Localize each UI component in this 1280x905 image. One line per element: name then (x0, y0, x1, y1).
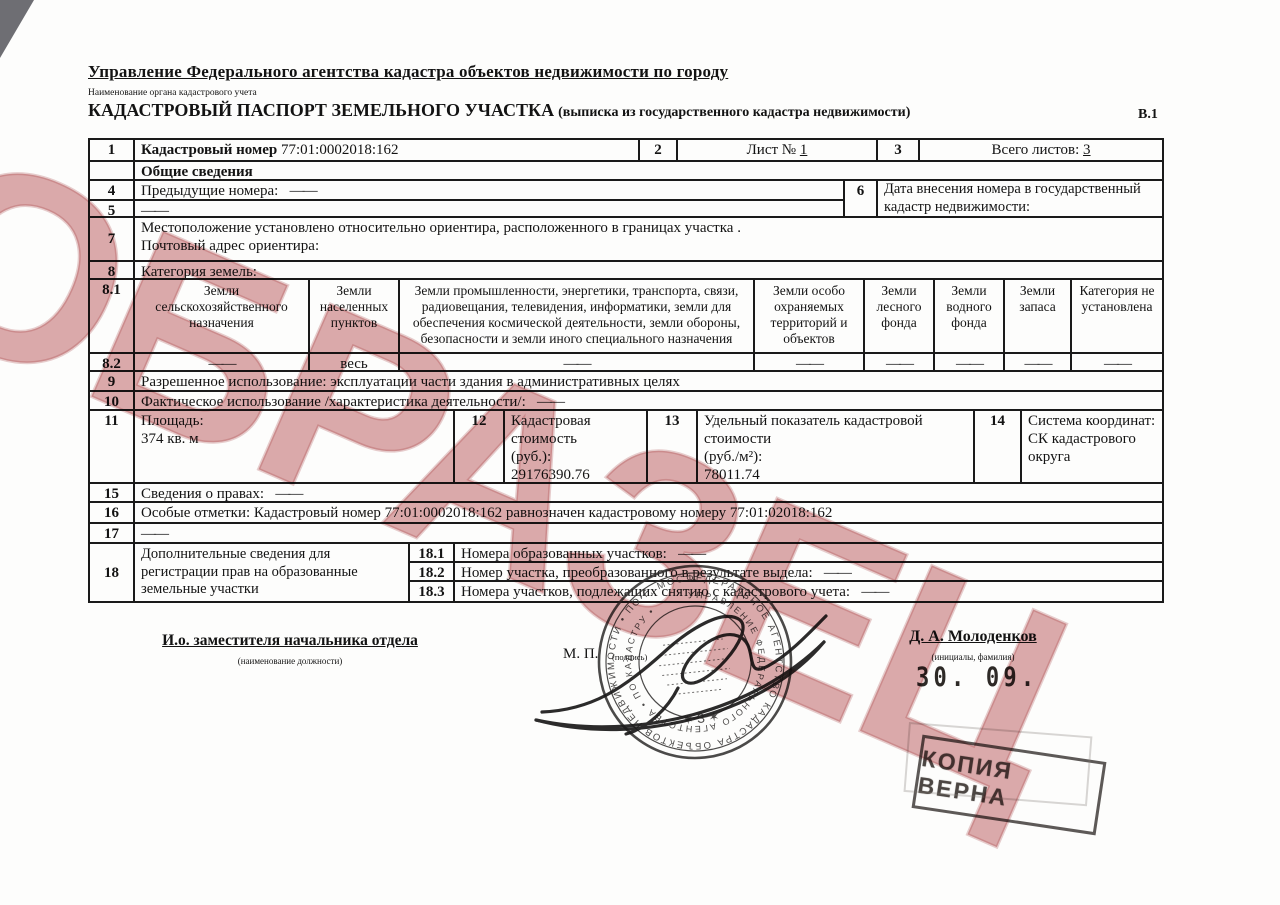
cadastral-value-amount: 29176390.76 (511, 466, 640, 482)
category-value: —— (1005, 354, 1072, 370)
agency-name-note: Наименование органа кадастрового учета (88, 88, 257, 98)
row-number: 10 (90, 392, 135, 409)
area-value: 374 кв. м (141, 430, 447, 448)
table-row: 4 Предыдущие номера: —— (90, 181, 843, 201)
empty-value-dash: —— (275, 486, 301, 501)
row-number: 18.3 (410, 582, 455, 601)
row-number: 15 (90, 484, 135, 501)
row-number: 13 (648, 411, 698, 482)
row-number: 18.1 (410, 544, 455, 561)
table-row: 5 —— (90, 201, 843, 218)
date-stamp: 30. 09. (916, 662, 1038, 692)
document-page: Управление Федерального агентства кадаст… (0, 0, 1280, 905)
row-number: 5 (90, 201, 135, 218)
table-row: 17 —— (90, 524, 1162, 544)
table-row: 10 Фактическое использование /характерис… (90, 392, 1162, 411)
total-sheets-value: 3 (1083, 142, 1091, 158)
category-value: —— (865, 354, 935, 370)
category-col-forest: Земли лесного фонда (865, 280, 935, 352)
land-category-label: Категория земель: (135, 262, 1162, 278)
official-position-note: (наименование должности) (140, 656, 440, 666)
table-row: Общие сведения (90, 162, 1162, 181)
table-row: 11 Площадь: 374 кв. м 12 Кадастровая сто… (90, 411, 1162, 484)
table-row: 8 Категория земель: (90, 262, 1162, 280)
category-value: весь (310, 354, 400, 370)
actual-use-label: Фактическое использование /характеристик… (141, 394, 526, 409)
cadastral-value-label: Кадастровая стоимость (руб.): (511, 412, 640, 466)
empty-value-dash: —— (135, 201, 843, 218)
official-name: Д. А. Молоденков (868, 628, 1078, 646)
table-row: 16 Особые отметки: Кадастровый номер 77:… (90, 503, 1162, 524)
location-line2: Почтовый адрес ориентира: (141, 237, 1156, 255)
specific-indicator-cell: Удельный показатель кадастровой стоимост… (698, 411, 975, 482)
scan-corner-artifact (0, 0, 34, 58)
actual-use-cell: Фактическое использование /характеристик… (135, 392, 1162, 409)
permitted-use-cell: Разрешенное использование: эксплуатации … (135, 372, 1162, 390)
formed-parcels-label: Номера образованных участков: (461, 546, 667, 561)
form-code: В.1 (1138, 107, 1158, 123)
special-notes-cell: Особые отметки: Кадастровый номер 77:01:… (135, 503, 1162, 522)
area-label: Площадь: (141, 412, 447, 430)
row-number: 8.1 (90, 280, 135, 352)
table-row-group: 4 Предыдущие номера: —— 5 —— 6 Дата внес… (90, 181, 1162, 218)
date-entered-cell: Дата внесения номера в государственный к… (878, 181, 1162, 216)
transformed-parcel-cell: Номер участка, преобразованного в резуль… (455, 563, 1162, 580)
location-cell: Местоположение установлено относительно … (135, 218, 1162, 260)
table-row: 8.2 —— весь —— —— —— —— —— —— (90, 354, 1162, 372)
table-row: 15 Сведения о правах: —— (90, 484, 1162, 503)
previous-numbers-label: Предыдущие номера: (141, 183, 278, 199)
row-number: 16 (90, 503, 135, 522)
table-row: 8.1 Земли сельскохозяйственного назначен… (90, 280, 1162, 354)
cadastral-value-cell: Кадастровая стоимость (руб.): 29176390.7… (505, 411, 648, 482)
row-number: 7 (90, 218, 135, 260)
category-value: —— (935, 354, 1005, 370)
row-number: 12 (455, 411, 505, 482)
category-col-not-set: Категория не установлена (1072, 280, 1162, 352)
empty-value-dash: —— (824, 565, 850, 580)
empty-value-dash: —— (537, 394, 563, 409)
category-value: —— (400, 354, 755, 370)
row-number-empty (90, 162, 135, 179)
agency-name: Управление Федерального агентства кадаст… (88, 62, 728, 82)
document-title-suffix: (выписка из государственного кадастра не… (558, 105, 910, 120)
cadastral-table: 1 Кадастровый номер 77:01:0002018:162 2 … (88, 138, 1164, 603)
handwritten-signature (528, 592, 848, 752)
location-line1: Местоположение установлено относительно … (141, 219, 1156, 237)
official-name-note: (инициалы, фамилия) (868, 652, 1078, 662)
row-number: 18.2 (410, 563, 455, 580)
row-number: 9 (90, 372, 135, 390)
row-number: 8.2 (90, 354, 135, 370)
row-number: 18 (90, 544, 135, 601)
category-value: —— (1072, 354, 1162, 370)
row-number: 17 (90, 524, 135, 542)
sheet-value: 1 (800, 142, 808, 158)
row-number: 3 (878, 140, 920, 160)
total-sheets-cell: Всего листов: 3 (920, 140, 1162, 160)
total-sheets-label: Всего листов: (991, 142, 1083, 158)
empty-value-dash: —— (861, 584, 887, 600)
category-value: —— (135, 354, 310, 370)
category-col-agricultural: Земли сельскохозяйственного назначения (135, 280, 310, 352)
rights-cell: Сведения о правах: —— (135, 484, 1162, 501)
specific-indicator-label: Удельный показатель кадастровой стоимост… (704, 412, 967, 466)
cadastral-number-cell: Кадастровый номер 77:01:0002018:162 (135, 140, 640, 160)
additional-info-label: Дополнительные сведения для регистрации … (135, 544, 410, 601)
category-col-reserve: Земли запаса (1005, 280, 1072, 352)
cadastral-number-label: Кадастровый номер (141, 142, 277, 158)
section-title: Общие сведения (135, 162, 1162, 179)
area-cell: Площадь: 374 кв. м (135, 411, 455, 482)
category-col-settlements: Земли населенных пунктов (310, 280, 400, 352)
row-number: 11 (90, 411, 135, 482)
row-number: 14 (975, 411, 1022, 482)
row-number: 1 (90, 140, 135, 160)
cadastral-number-value: 77:01:0002018:162 (281, 142, 399, 158)
empty-value-dash: —— (290, 183, 316, 199)
copy-verna-stamp: КОПИЯ ВЕРНА (912, 735, 1107, 836)
row-number: 2 (640, 140, 678, 160)
row-number: 8 (90, 262, 135, 278)
rights-label: Сведения о правах: (141, 486, 264, 501)
previous-numbers-cell: Предыдущие номера: —— (135, 181, 843, 199)
category-col-protected: Земли особо охраняемых территорий и объе… (755, 280, 865, 352)
category-col-industry: Земли промышленности, энергетики, трансп… (400, 280, 755, 352)
row-number: 4 (90, 181, 135, 199)
sheet-cell: Лист № 1 (678, 140, 878, 160)
sheet-label: Лист № (747, 142, 800, 158)
official-position: И.о. заместителя начальника отдела (140, 632, 440, 650)
table-row: 7 Местоположение установлено относительн… (90, 218, 1162, 262)
table-row: 9 Разрешенное использование: эксплуатаци… (90, 372, 1162, 392)
row-number: 6 (845, 181, 878, 216)
document-title: КАДАСТРОВЫЙ ПАСПОРТ ЗЕМЕЛЬНОГО УЧАСТКА (… (88, 100, 1148, 121)
specific-indicator-value: 78011.74 (704, 466, 967, 482)
empty-value-dash: —— (135, 524, 1162, 542)
table-row: 1 Кадастровый номер 77:01:0002018:162 2 … (90, 140, 1162, 162)
category-value: —— (755, 354, 865, 370)
formed-parcels-cell: Номера образованных участков: —— (455, 544, 1162, 561)
category-col-water: Земли водного фонда (935, 280, 1005, 352)
coordinate-system-cell: Система координат: СК кадастрового округ… (1022, 411, 1162, 482)
document-title-main: КАДАСТРОВЫЙ ПАСПОРТ ЗЕМЕЛЬНОГО УЧАСТКА (88, 100, 554, 120)
